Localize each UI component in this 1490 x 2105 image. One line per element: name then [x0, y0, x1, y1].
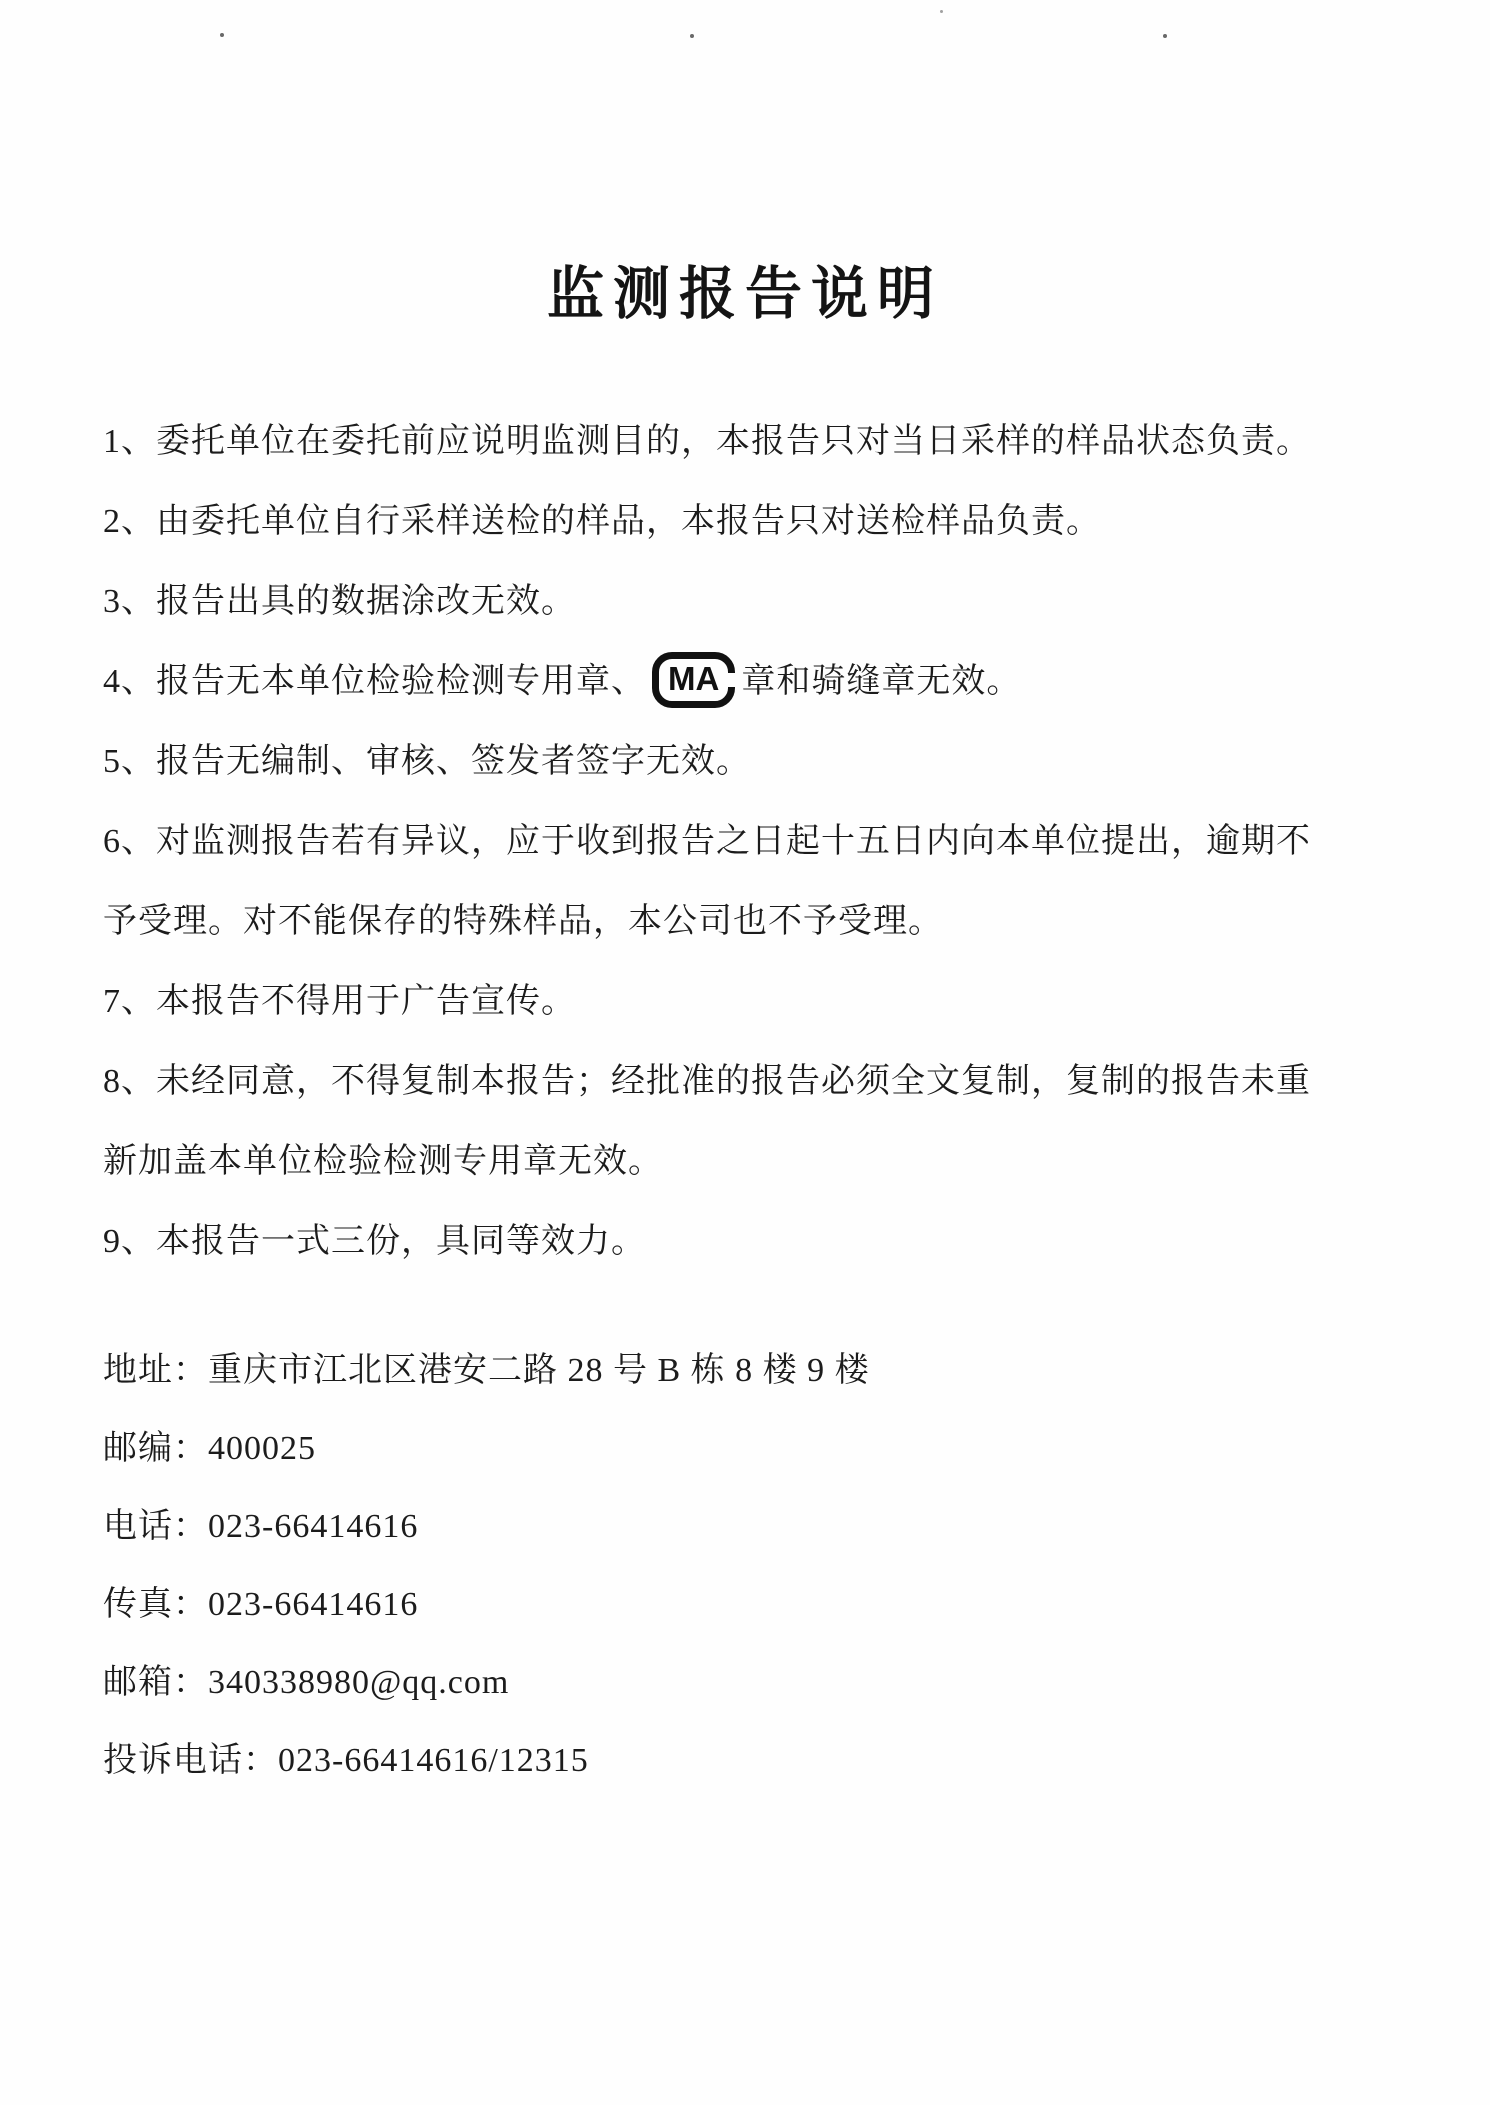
note-item-6-line-2: 予受理。对不能保存的特殊样品，本公司也不予受理。: [103, 882, 1400, 962]
note-item-4-text-after: 章和骑缝章无效。: [741, 663, 1021, 700]
note-item-4-text-before: 4、报告无本单位检验检测专用章、: [103, 663, 646, 700]
contact-postcode-label: 邮编：: [103, 1430, 208, 1467]
contact-address-row: 地址：重庆市江北区港安二路 28 号 B 栋 8 楼 9 楼: [103, 1332, 1490, 1410]
contact-info-block: 地址：重庆市江北区港安二路 28 号 B 栋 8 楼 9 楼 邮编：400025…: [0, 1332, 1490, 1800]
contact-fax-label: 传真：: [103, 1586, 208, 1623]
contact-email-value: 340338980@qq.com: [208, 1664, 509, 1701]
note-item-1: 1、委托单位在委托前应说明监测目的，本报告只对当日采样的样品状态负责。: [103, 402, 1400, 482]
note-item-3: 3、报告出具的数据涂改无效。: [103, 562, 1400, 642]
page-title: 监测报告说明: [0, 0, 1490, 330]
contact-fax-value: 023-66414616: [208, 1586, 418, 1623]
contact-address-label: 地址：: [103, 1352, 208, 1389]
contact-postcode-row: 邮编：400025: [103, 1410, 1490, 1488]
contact-email-label: 邮箱：: [103, 1664, 208, 1701]
scanned-report-page: 监测报告说明 1、委托单位在委托前应说明监测目的，本报告只对当日采样的样品状态负…: [0, 0, 1490, 2105]
note-item-6-line-1: 6、对监测报告若有异议，应于收到报告之日起十五日内向本单位提出，逾期不: [103, 802, 1400, 882]
contact-address-value: 重庆市江北区港安二路 28 号 B 栋 8 楼 9 楼: [208, 1352, 870, 1389]
cma-accreditation-mark-icon: MA: [652, 652, 735, 708]
contact-complaint-phone-row: 投诉电话：023-66414616/12315: [103, 1722, 1490, 1800]
note-item-4: 4、报告无本单位检验检测专用章、MA章和骑缝章无效。: [103, 642, 1400, 722]
scan-noise-dot: [940, 10, 943, 13]
scan-noise-dot: [690, 34, 694, 38]
contact-complaint-phone-value: 023-66414616/12315: [278, 1742, 589, 1779]
contact-postcode-value: 400025: [208, 1430, 316, 1467]
contact-phone-row: 电话：023-66414616: [103, 1488, 1490, 1566]
note-item-8-line-2: 新加盖本单位检验检测专用章无效。: [103, 1122, 1400, 1202]
contact-phone-label: 电话：: [103, 1508, 208, 1545]
note-item-9: 9、本报告一式三份，具同等效力。: [103, 1202, 1400, 1282]
contact-phone-value: 023-66414616: [208, 1508, 418, 1545]
note-item-2: 2、由委托单位自行采样送检的样品，本报告只对送检样品负责。: [103, 482, 1400, 562]
notes-list: 1、委托单位在委托前应说明监测目的，本报告只对当日采样的样品状态负责。 2、由委…: [0, 402, 1490, 1282]
note-item-8-line-1: 8、未经同意，不得复制本报告；经批准的报告必须全文复制，复制的报告未重: [103, 1042, 1400, 1122]
scan-noise-dot: [1163, 34, 1167, 38]
scan-noise-dot: [220, 33, 224, 37]
note-item-5: 5、报告无编制、审核、签发者签字无效。: [103, 722, 1400, 802]
contact-fax-row: 传真：023-66414616: [103, 1566, 1490, 1644]
contact-email-row: 邮箱：340338980@qq.com: [103, 1644, 1490, 1722]
note-item-7: 7、本报告不得用于广告宣传。: [103, 962, 1400, 1042]
contact-complaint-phone-label: 投诉电话：: [103, 1742, 278, 1779]
